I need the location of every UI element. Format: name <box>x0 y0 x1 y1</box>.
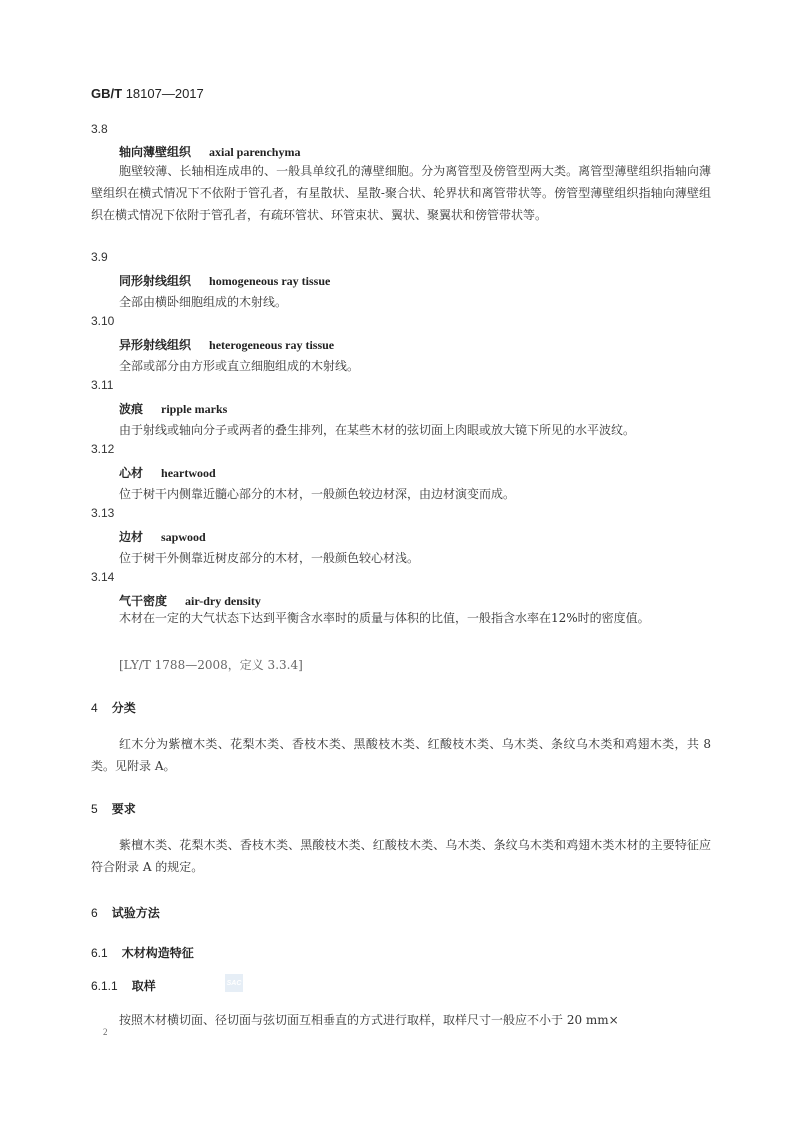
section-body: 按照木材横切面、径切面与弦切面互相垂直的方式进行取样，取样尺寸一般应不小于 20… <box>119 1011 619 1028</box>
section-body: 紫檀木类、花梨木类、香枝木类、黑酸枝木类、红酸枝木类、乌木类、条纹乌木类和鸡翅木… <box>91 834 711 878</box>
section-body: 红木分为紫檀木类、花梨木类、香枝木类、黑酸枝木类、红酸枝木类、乌木类、条纹乌木类… <box>91 733 711 777</box>
term-en: heterogeneous ray tissue <box>209 338 334 352</box>
entry-reference: [LY/T 1788—2008，定义 3.3.4] <box>119 656 303 673</box>
section-heading: 6试验方法 <box>91 904 160 921</box>
entry-definition: 全部或部分由方形或直立细胞组成的木射线。 <box>119 357 359 374</box>
term-zh: 心材 <box>119 466 143 480</box>
standard-prefix: GB/T <box>91 86 122 101</box>
term-en: ripple marks <box>161 402 227 416</box>
term-en: axial parenchyma <box>209 145 300 159</box>
section-heading: 4分类 <box>91 699 136 716</box>
subsubsection-heading: 6.1.1取样 <box>91 977 156 994</box>
entry-definition: 全部由横卧细胞组成的木射线。 <box>119 293 287 310</box>
entry-term: 波痕ripple marks <box>119 400 227 417</box>
term-en: air-dry density <box>185 594 261 608</box>
entry-term: 异形射线组织heterogeneous ray tissue <box>119 336 334 353</box>
sac-watermark-icon: SAC <box>225 974 243 992</box>
entry-number: 3.13 <box>91 506 114 520</box>
term-zh: 气干密度 <box>119 594 167 608</box>
entry-definition: 位于树干外侧靠近树皮部分的木材，一般颜色较心材浅。 <box>119 549 419 566</box>
section-number: 6.1.1 <box>91 979 118 993</box>
standard-number: 18107—2017 <box>126 86 204 101</box>
subsection-heading: 6.1木材构造特征 <box>91 944 194 961</box>
term-zh: 波痕 <box>119 402 143 416</box>
term-zh: 轴向薄壁组织 <box>119 145 191 159</box>
entry-definition: 木材在一定的大气状态下达到平衡含水率时的质量与体积的比值，一般指含水率在12%时… <box>91 607 711 629</box>
term-en: homogeneous ray tissue <box>209 274 330 288</box>
page-number: 2 <box>103 1027 108 1037</box>
term-en: heartwood <box>161 466 216 480</box>
section-title: 试验方法 <box>112 906 160 920</box>
section-number: 4 <box>91 701 98 715</box>
entry-number: 3.12 <box>91 442 114 456</box>
section-title: 取样 <box>132 979 156 993</box>
entry-number: 3.14 <box>91 570 114 584</box>
entry-term: 同形射线组织homogeneous ray tissue <box>119 272 330 289</box>
entry-number: 3.8 <box>91 122 108 136</box>
term-zh: 同形射线组织 <box>119 274 191 288</box>
section-number: 6.1 <box>91 946 108 960</box>
term-zh: 边材 <box>119 530 143 544</box>
term-en: sapwood <box>161 530 206 544</box>
entry-number: 3.11 <box>91 378 113 392</box>
entry-term: 心材heartwood <box>119 464 216 481</box>
entry-definition: 位于树干内侧靠近髓心部分的木材，一般颜色较边材深，由边材演变而成。 <box>119 485 515 502</box>
document-page: GB/T 18107—2017 3.8 轴向薄壁组织axial parenchy… <box>0 0 799 1131</box>
section-heading: 5要求 <box>91 800 136 817</box>
entry-definition: 由于射线或轴向分子或两者的叠生排列，在某些木材的弦切面上肉眼或放大镜下所见的水平… <box>119 421 635 438</box>
entry-number: 3.9 <box>91 250 108 264</box>
section-title: 分类 <box>112 701 136 715</box>
section-number: 6 <box>91 906 98 920</box>
running-header: GB/T 18107—2017 <box>91 86 204 101</box>
entry-term: 边材sapwood <box>119 528 206 545</box>
section-title: 木材构造特征 <box>122 946 194 960</box>
term-zh: 异形射线组织 <box>119 338 191 352</box>
entry-term: 轴向薄壁组织axial parenchyma <box>119 143 300 160</box>
section-title: 要求 <box>112 802 136 816</box>
entry-number: 3.10 <box>91 314 114 328</box>
entry-definition: 胞壁较薄、长轴相连成串的、一般具单纹孔的薄壁细胞。分为离管型及傍管型两大类。离管… <box>91 160 711 226</box>
section-number: 5 <box>91 802 98 816</box>
